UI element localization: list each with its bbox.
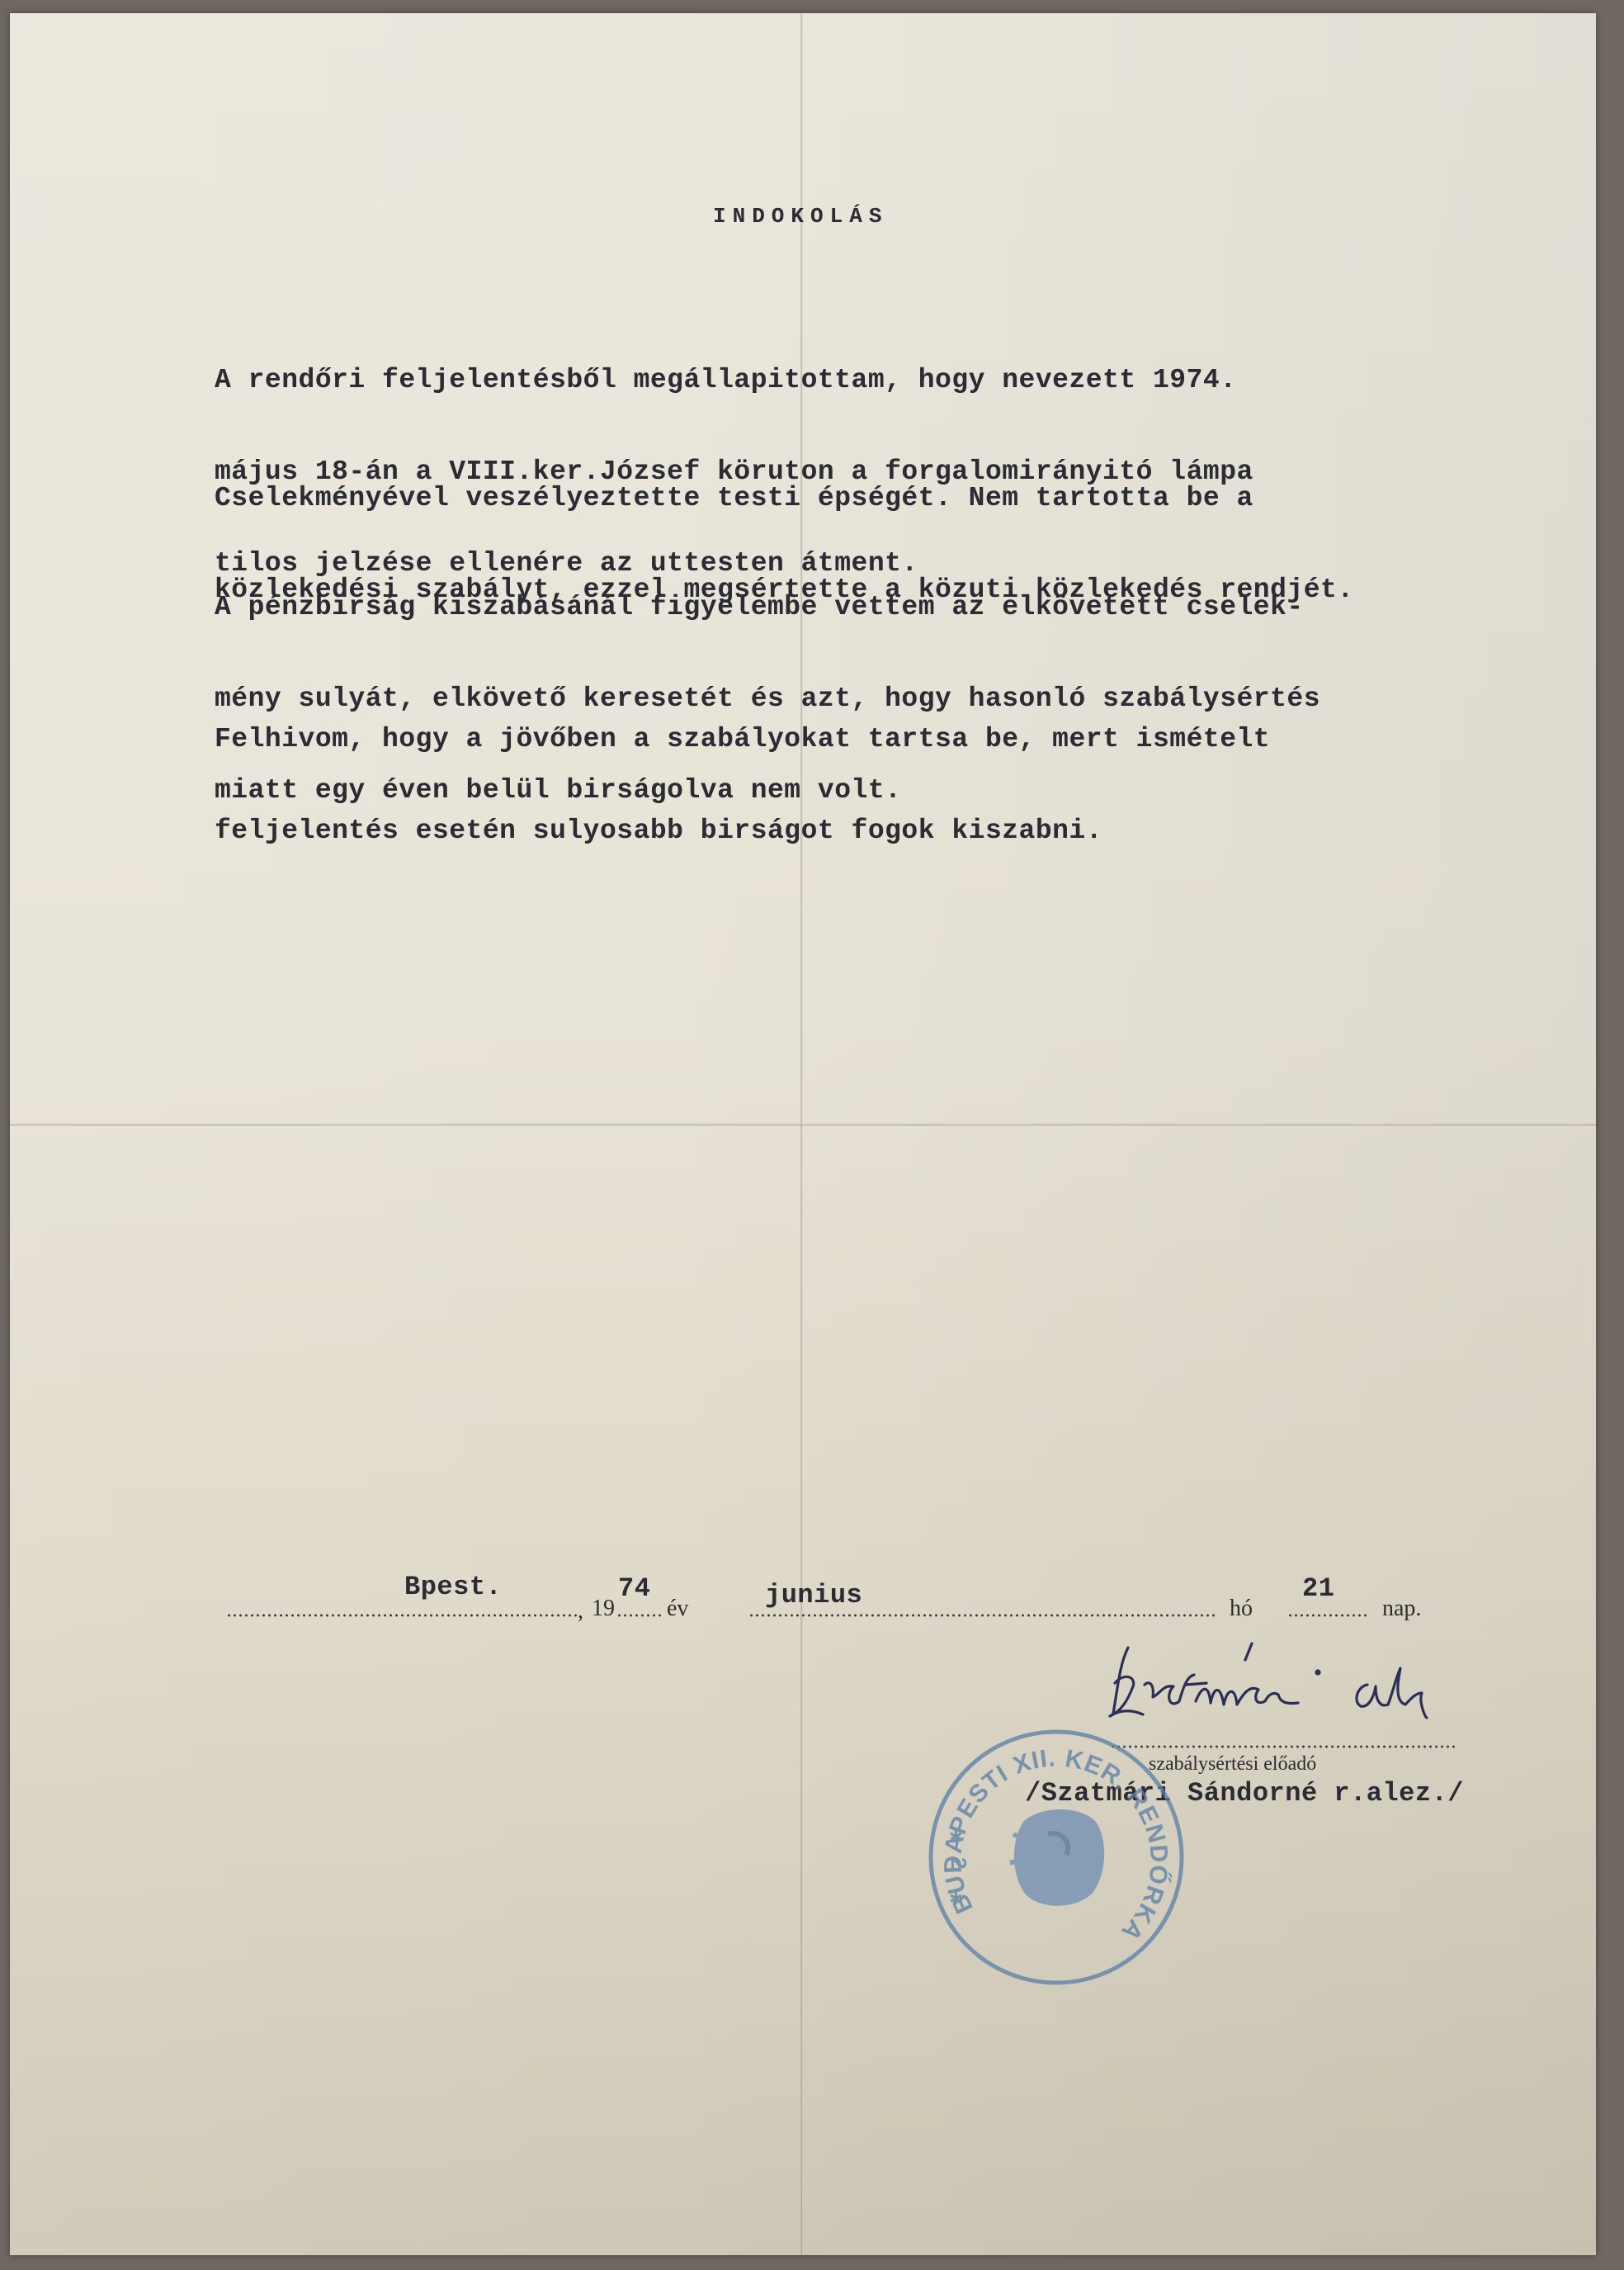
paragraph-line: Felhivom, hogy a jövőben a szabályokat t… [215,724,1270,754]
year-label: év [667,1596,688,1622]
stamp-number: 2 [947,1857,971,1869]
dotted-rule [1287,1614,1370,1617]
paragraph-line: A pénzbirság kiszabásánál figyelembe vet… [215,592,1320,622]
police-stamp: BUDAPESTI XII. KER. RENDŐRKAPITÁNYSÁG ✱ … [924,1719,1197,1991]
year-prefix: 19 [592,1596,615,1622]
date-day: 21 [1302,1573,1334,1604]
paragraph-line: A rendőri feljelentésből megállapitottam… [215,365,1253,395]
dotted-rule [616,1614,664,1617]
document-title: INDOKOLÁS [713,201,888,232]
day-label: nap. [1382,1596,1421,1622]
date-year: 74 [618,1573,650,1604]
horizontal-fold-crease [10,1123,1596,1126]
date-place: Bpest. [404,1572,502,1602]
paragraph-line: Cselekményével veszélyeztette testi épsé… [215,483,1354,513]
paragraph-warning: Felhivom, hogy a jövőben a szabályokat t… [215,663,1270,907]
svg-text:✱: ✱ [949,1890,963,1908]
svg-text:✱: ✱ [949,1828,963,1847]
date-month: junius [765,1580,862,1610]
paragraph-line: feljelentés esetén sulyosabb birságot fo… [215,816,1270,846]
document-sheet: INDOKOLÁS A rendőri feljelentésből megál… [10,13,1596,2255]
dotted-rule [226,1614,577,1617]
dotted-rule [748,1614,1215,1617]
month-label: hó [1230,1596,1253,1622]
comma-separator: , [578,1598,583,1624]
